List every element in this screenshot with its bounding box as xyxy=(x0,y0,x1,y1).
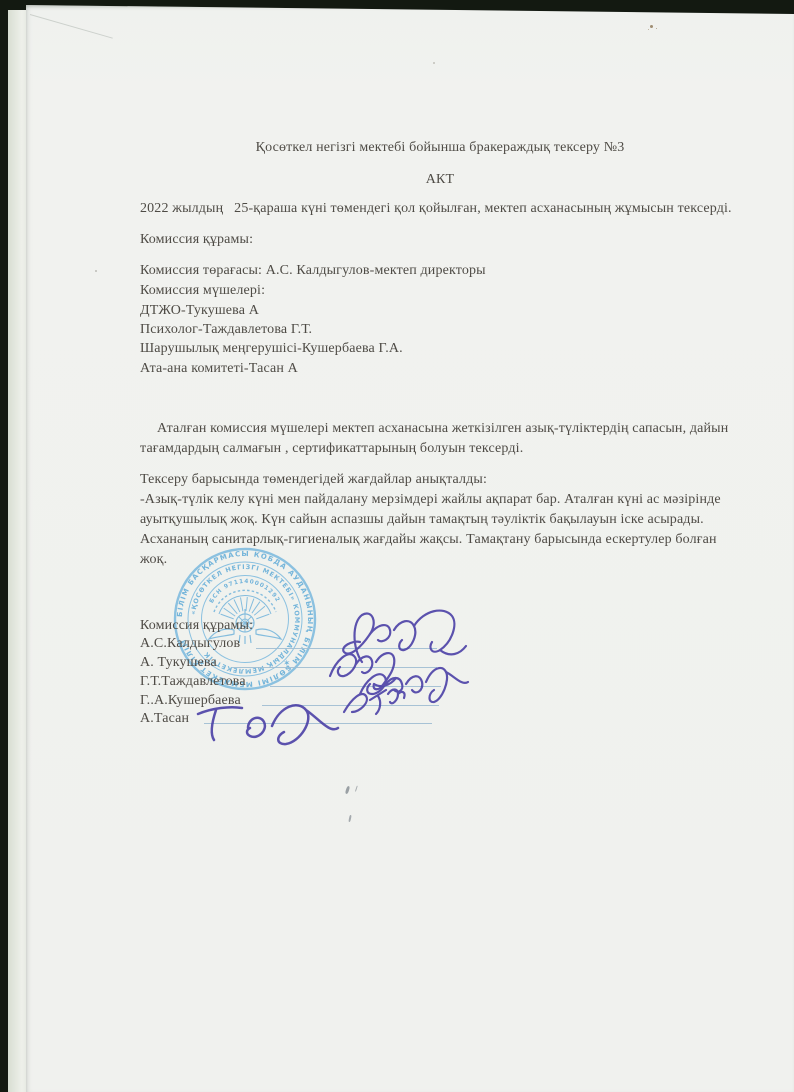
scanned-page-background: { "page": { "kind": "scanned paper act (… xyxy=(0,0,794,1092)
signature-tasan xyxy=(198,705,338,744)
signatures-ink xyxy=(0,0,794,1092)
scan-speck xyxy=(433,62,435,64)
signature-kaldygulov xyxy=(343,611,466,662)
scan-speck xyxy=(650,25,653,28)
scan-speck xyxy=(95,270,97,272)
